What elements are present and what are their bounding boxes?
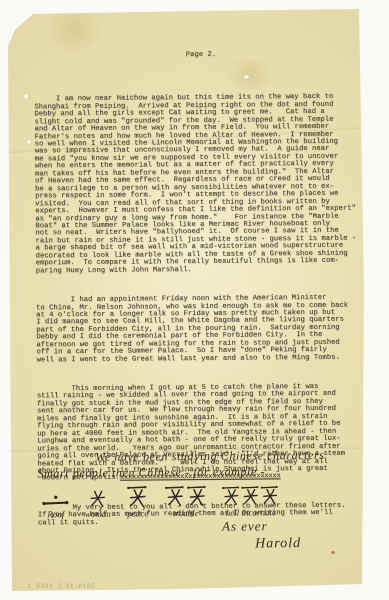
character-label: hell incarnate [226, 507, 276, 517]
catalog-mark: L 5093 J St-P105 [28, 583, 95, 590]
handwritten-line-2: Smart people then Chinese - for example … [37, 464, 265, 481]
character-label: trouble [173, 508, 199, 518]
chinese-characters-row: Roof woman peace troubl [42, 484, 280, 519]
signature: Harold [255, 536, 301, 552]
page-number: Page 2. [34, 50, 368, 60]
paragraph-2-text: I had an appointment Friday noon with th… [36, 294, 348, 364]
character-example-woman: woman [85, 486, 111, 519]
hell-incarnate-characters-icon [222, 483, 280, 507]
character-label: Roof [47, 509, 64, 519]
character-example-trouble: trouble [165, 485, 207, 518]
red-ink-speck [331, 551, 335, 554]
handwritten-line-1: We have been studying Chinese characters [95, 448, 324, 465]
trouble-characters-icon [165, 484, 207, 507]
roof-radical-icon [42, 494, 70, 508]
closing-line: As ever [222, 518, 268, 534]
paragraph-1-text: I am now near Haichow again but this tim… [34, 93, 356, 275]
paragraph-1: I am now near Haichow again but this tim… [34, 94, 370, 276]
character-example-peace: peace [126, 485, 150, 518]
paragraph-2: I had an appointment Friday noon with th… [36, 295, 371, 365]
woman-character-icon [90, 489, 106, 508]
peace-character-icon [126, 484, 150, 507]
character-example-roof: Roof [42, 486, 70, 519]
character-label: peace [127, 508, 148, 518]
character-example-hell-incarnate: hell incarnate [222, 484, 280, 518]
character-label: woman [85, 509, 111, 519]
letter-scan: Page 2. I am now near Haichow again but … [0, 0, 389, 600]
